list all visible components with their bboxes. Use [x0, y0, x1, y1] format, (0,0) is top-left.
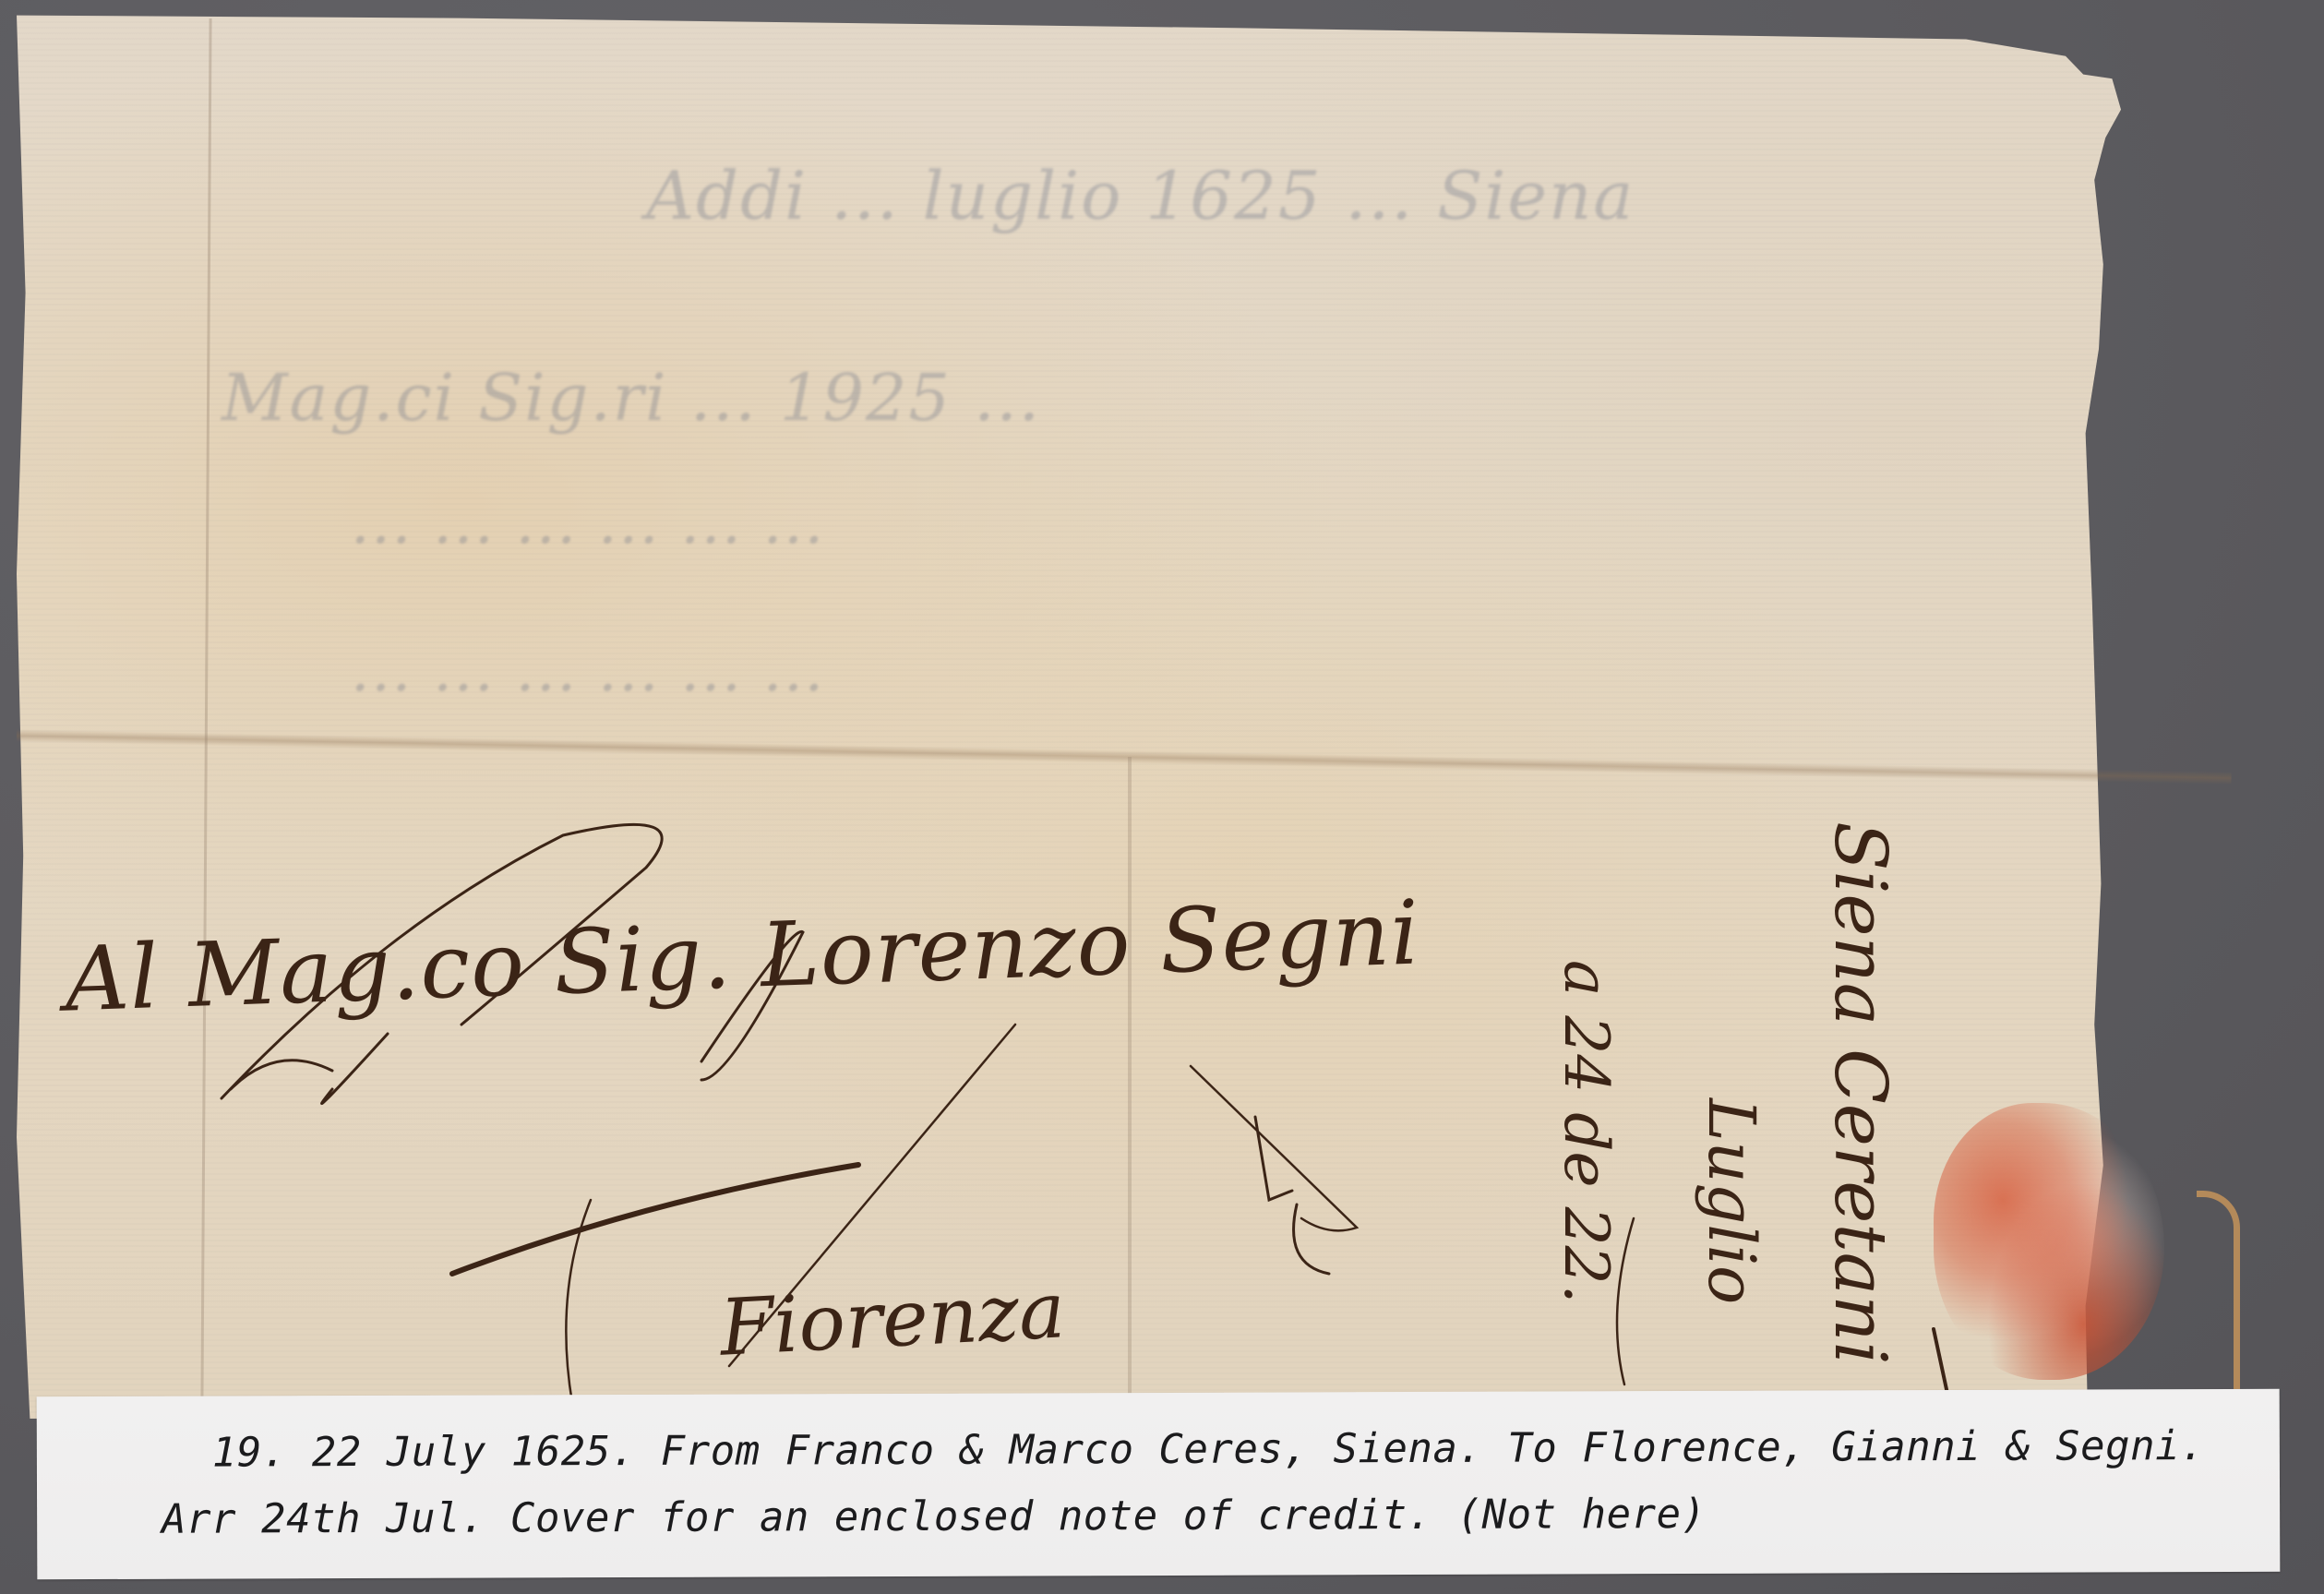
- caption-line-2: Arr 24th Jul. Cover for an enclosed note…: [162, 1491, 1707, 1543]
- bleed-through-text: Mag.ci Sig.ri ... 1925 ...: [222, 360, 1041, 436]
- bleed-through-text: ... ... ... ... ... ...: [351, 489, 825, 557]
- address-city: Fiorenza: [718, 1264, 1068, 1372]
- docket-date: a 24 de 22.: [1551, 960, 1622, 1304]
- docket-month: Luglio: [1694, 1098, 1769, 1304]
- bleed-through-text: Addi ... luglio 1625 ... Siena: [646, 157, 1635, 234]
- caption-line-1: 19. 22 July 1625. From Franco & Marco Ce…: [212, 1422, 2205, 1477]
- vertical-fold-crease-lower: [1128, 757, 1132, 1403]
- docket-notation: Siena Ceretani Luglio a 24 de 22.: [1467, 812, 1929, 1384]
- docket-sender: Siena Ceretani: [1818, 821, 1901, 1364]
- caption-label: 19. 22 July 1625. From Franco & Marco Ce…: [37, 1389, 2281, 1579]
- bleed-through-text: ... ... ... ... ... ...: [351, 637, 825, 705]
